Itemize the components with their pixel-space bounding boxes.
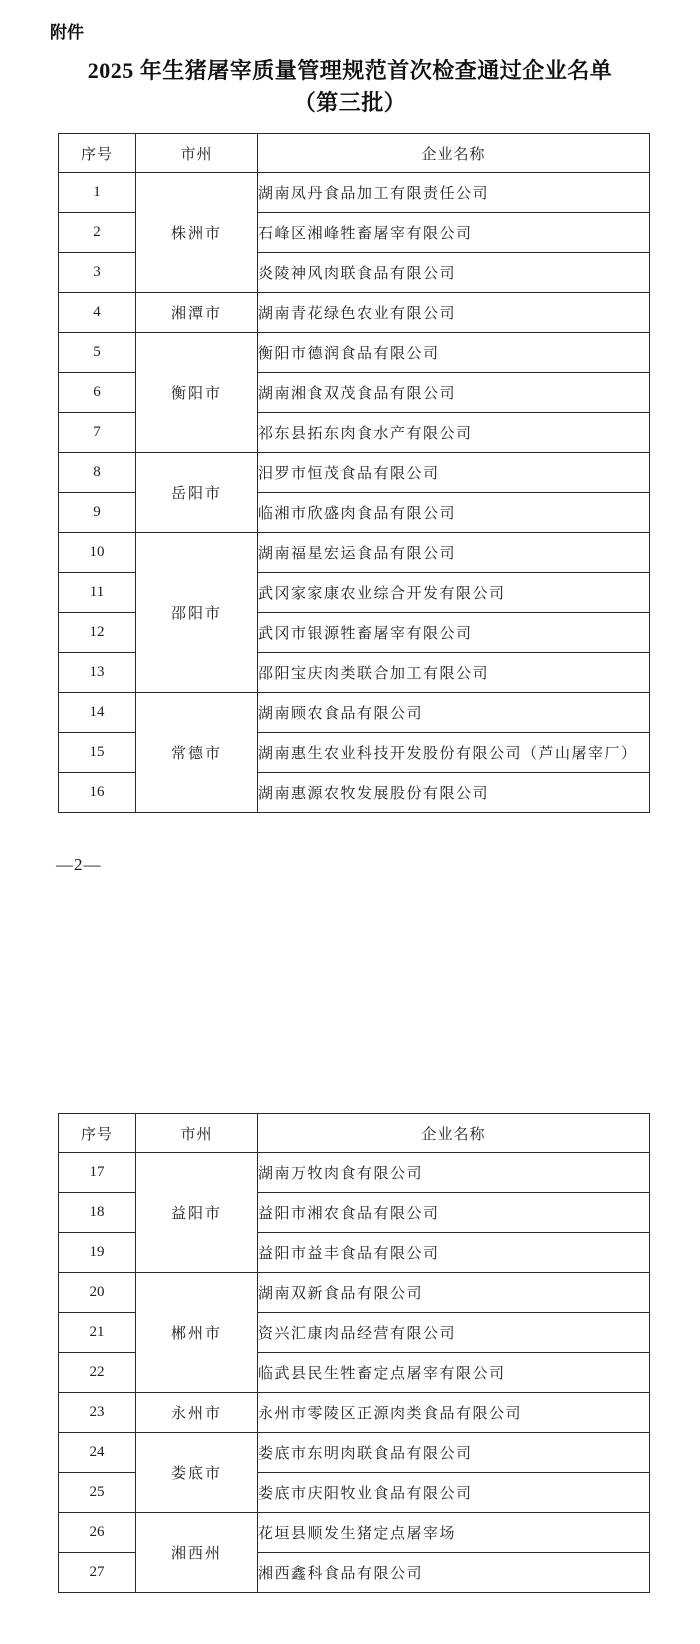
- row-number-cell: 15: [59, 733, 136, 773]
- inspection-table-page3: 序号市州企业名称17益阳市湖南万牧肉食有限公司18益阳市湘农食品有限公司19益阳…: [58, 1113, 650, 1593]
- attachment-label: 附件: [50, 18, 700, 43]
- company-cell: 石峰区湘峰牲畜屠宰有限公司: [258, 213, 650, 253]
- city-cell: 岳阳市: [136, 453, 258, 533]
- table-row: 23永州市永州市零陵区正源肉类食品有限公司: [59, 1393, 650, 1433]
- row-number-cell: 24: [59, 1433, 136, 1473]
- row-number-cell: 20: [59, 1273, 136, 1313]
- city-cell: 娄底市: [136, 1433, 258, 1513]
- header-city-cell: 市州: [136, 1114, 258, 1153]
- company-cell: 武冈市银源牲畜屠宰有限公司: [258, 613, 650, 653]
- row-number-cell: 17: [59, 1153, 136, 1193]
- table-row: 14常德市湖南顾农食品有限公司: [59, 693, 650, 733]
- row-number-cell: 14: [59, 693, 136, 733]
- company-cell: 武冈家家康农业综合开发有限公司: [258, 573, 650, 613]
- company-cell: 汨罗市恒茂食品有限公司: [258, 453, 650, 493]
- row-number-cell: 3: [59, 253, 136, 293]
- company-cell: 益阳市益丰食品有限公司: [258, 1233, 650, 1273]
- header-index-cell: 序号: [59, 134, 136, 173]
- row-number-cell: 12: [59, 613, 136, 653]
- document-title-line2: （第三批）: [294, 90, 407, 115]
- row-number-cell: 11: [59, 573, 136, 613]
- header-company-cell: 企业名称: [258, 134, 650, 173]
- city-cell: 湘西州: [136, 1513, 258, 1593]
- company-cell: 益阳市湘农食品有限公司: [258, 1193, 650, 1233]
- company-cell: 湖南双新食品有限公司: [258, 1273, 650, 1313]
- table-row: 10邵阳市湖南福星宏运食品有限公司: [59, 533, 650, 573]
- company-cell: 花垣县顺发生猪定点屠宰场: [258, 1513, 650, 1553]
- company-cell: 湖南顾农食品有限公司: [258, 693, 650, 733]
- company-cell: 资兴汇康肉品经营有限公司: [258, 1313, 650, 1353]
- row-number-cell: 2: [59, 213, 136, 253]
- company-cell: 湘西鑫科食品有限公司: [258, 1553, 650, 1593]
- company-cell: 娄底市东明肉联食品有限公司: [258, 1433, 650, 1473]
- row-number-cell: 5: [59, 333, 136, 373]
- row-number-cell: 4: [59, 293, 136, 333]
- header-index-cell: 序号: [59, 1114, 136, 1153]
- row-number-cell: 22: [59, 1353, 136, 1393]
- city-cell: 郴州市: [136, 1273, 258, 1393]
- page-number: —2—: [56, 855, 700, 875]
- company-cell: 湖南湘食双茂食品有限公司: [258, 373, 650, 413]
- city-cell: 常德市: [136, 693, 258, 813]
- table-row: 26湘西州花垣县顺发生猪定点屠宰场: [59, 1513, 650, 1553]
- row-number-cell: 27: [59, 1553, 136, 1593]
- row-number-cell: 9: [59, 493, 136, 533]
- row-number-cell: 1: [59, 173, 136, 213]
- header-company-cell: 企业名称: [258, 1114, 650, 1153]
- company-cell: 炎陵神风肉联食品有限公司: [258, 253, 650, 293]
- row-number-cell: 19: [59, 1233, 136, 1273]
- company-cell: 临湘市欣盛肉食品有限公司: [258, 493, 650, 533]
- row-number-cell: 16: [59, 773, 136, 813]
- row-number-cell: 25: [59, 1473, 136, 1513]
- city-cell: 益阳市: [136, 1153, 258, 1273]
- row-number-cell: 21: [59, 1313, 136, 1353]
- row-number-cell: 23: [59, 1393, 136, 1433]
- table-row: 5衡阳市衡阳市德润食品有限公司: [59, 333, 650, 373]
- table-row: 24娄底市娄底市东明肉联食品有限公司: [59, 1433, 650, 1473]
- header-city-cell: 市州: [136, 134, 258, 173]
- company-cell: 湖南万牧肉食有限公司: [258, 1153, 650, 1193]
- company-cell: 邵阳宝庆肉类联合加工有限公司: [258, 653, 650, 693]
- table-row: 4湘潭市湖南青花绿色农业有限公司: [59, 293, 650, 333]
- company-cell: 衡阳市德润食品有限公司: [258, 333, 650, 373]
- city-cell: 邵阳市: [136, 533, 258, 693]
- company-cell: 湖南惠源农牧发展股份有限公司: [258, 773, 650, 813]
- table-row: 1株洲市湖南凤丹食品加工有限责任公司: [59, 173, 650, 213]
- row-number-cell: 18: [59, 1193, 136, 1233]
- city-cell: 衡阳市: [136, 333, 258, 453]
- row-number-cell: 6: [59, 373, 136, 413]
- city-cell: 湘潭市: [136, 293, 258, 333]
- company-cell: 湖南福星宏运食品有限公司: [258, 533, 650, 573]
- row-number-cell: 13: [59, 653, 136, 693]
- city-cell: 永州市: [136, 1393, 258, 1433]
- inspection-table-page2: 序号市州企业名称1株洲市湖南凤丹食品加工有限责任公司2石峰区湘峰牲畜屠宰有限公司…: [58, 133, 650, 813]
- company-cell: 湖南青花绿色农业有限公司: [258, 293, 650, 333]
- table-header-row: 序号市州企业名称: [59, 134, 650, 173]
- document-title: 2025 年生猪屠宰质量管理规范首次检查通过企业名单 （第三批）: [30, 55, 670, 119]
- city-cell: 株洲市: [136, 173, 258, 293]
- company-cell: 娄底市庆阳牧业食品有限公司: [258, 1473, 650, 1513]
- row-number-cell: 7: [59, 413, 136, 453]
- table-row: 17益阳市湖南万牧肉食有限公司: [59, 1153, 650, 1193]
- row-number-cell: 10: [59, 533, 136, 573]
- company-cell: 祁东县拓东肉食水产有限公司: [258, 413, 650, 453]
- company-cell: 湖南凤丹食品加工有限责任公司: [258, 173, 650, 213]
- table-row: 8岳阳市汨罗市恒茂食品有限公司: [59, 453, 650, 493]
- row-number-cell: 26: [59, 1513, 136, 1553]
- company-cell: 永州市零陵区正源肉类食品有限公司: [258, 1393, 650, 1433]
- row-number-cell: 8: [59, 453, 136, 493]
- document-title-line1: 2025 年生猪屠宰质量管理规范首次检查通过企业名单: [88, 58, 613, 83]
- table-row: 20郴州市湖南双新食品有限公司: [59, 1273, 650, 1313]
- company-cell: 湖南惠生农业科技开发股份有限公司（芦山屠宰厂）: [258, 733, 650, 773]
- company-cell: 临武县民生牲畜定点屠宰有限公司: [258, 1353, 650, 1393]
- table-header-row: 序号市州企业名称: [59, 1114, 650, 1153]
